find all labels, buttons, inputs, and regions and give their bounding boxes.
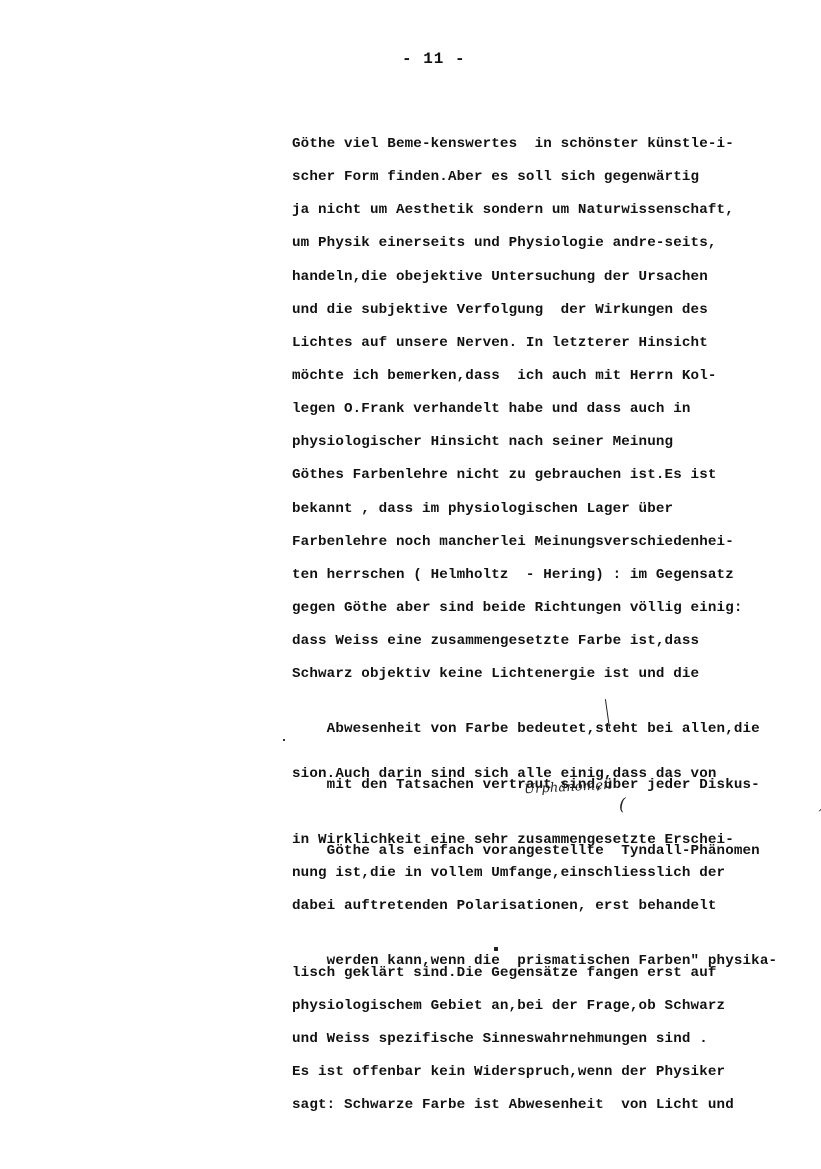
- text-line: Farbenlehre noch mancherlei Meinungsvers…: [292, 531, 821, 564]
- text-line-with-bullet: werden kann,wenn die prismatischen Farbe…: [292, 928, 821, 961]
- text-line: legen O.Frank verhandelt habe und dass a…: [292, 398, 821, 431]
- text-line: und Weiss spezifische Sinneswahrnehmunge…: [292, 1028, 821, 1061]
- text-line: gegen Göthe aber sind beide Richtungen v…: [292, 597, 821, 630]
- text-line: dabei auftretenden Polarisationen, erst …: [292, 895, 821, 928]
- text-line-with-margin-dot: mit den Tatsachen vertraut sind,über jed…: [292, 730, 821, 763]
- text-line: dass Weiss eine zusammengesetzte Farbe i…: [292, 630, 821, 663]
- margin-dot: [283, 739, 285, 741]
- text-line: lisch geklärt sind.Die Gegensätze fangen…: [292, 962, 821, 995]
- page-number: - 11 -: [402, 50, 466, 68]
- text-line: Göthes Farbenlehre nicht zu gebrauchen i…: [292, 464, 821, 497]
- text-line: ten herrschen ( Helmholtz - Hering) : im…: [292, 564, 821, 597]
- document-body: Göthe viel Beme-kenswertes in schönster …: [292, 133, 821, 1127]
- text-line: handeln,die obejektive Untersuchung der …: [292, 266, 821, 299]
- text-line-annotated: Urphänomen Göthe als einfach vorangestel…: [292, 796, 821, 829]
- handwritten-paren-open: (: [619, 794, 626, 816]
- text-line: Es ist offenbar kein Widerspruch,wenn de…: [292, 1061, 821, 1094]
- text-line: Lichtes auf unsere Nerven. In letzterer …: [292, 332, 821, 365]
- text-line: sagt: Schwarze Farbe ist Abwesenheit von…: [292, 1094, 821, 1127]
- text-line: physiologischem Gebiet an,bei der Frage,…: [292, 995, 821, 1028]
- typed-bullet-mark: [494, 947, 498, 951]
- text-line-with-insert-mark: Abwesenheit von Farbe bedeutet,steht bei…: [292, 696, 821, 729]
- handwritten-annotation-urphaenomen: Urphänomen: [523, 775, 612, 802]
- text-line: bekannt , dass im physiologischen Lager …: [292, 498, 821, 531]
- text-line: Göthe viel Beme-kenswertes in schönster …: [292, 133, 821, 166]
- text-line: Schwarz objektiv keine Lichtenergie ist …: [292, 663, 821, 696]
- text-line: um Physik einerseits und Physiologie and…: [292, 232, 821, 265]
- text-line: physiologischer Hinsicht nach seiner Mei…: [292, 431, 821, 464]
- text-line: in Wirklichkeit eine sehr zusammengesetz…: [292, 829, 821, 862]
- text-line: und die subjektive Verfolgung der Wirkun…: [292, 299, 821, 332]
- text-line: scher Form finden.Aber es soll sich gege…: [292, 166, 821, 199]
- text-line: ja nicht um Aesthetik sondern um Naturwi…: [292, 199, 821, 232]
- text-line: nung ist,die in vollem Umfange,einschlie…: [292, 862, 821, 895]
- text-line: möchte ich bemerken,dass ich auch mit He…: [292, 365, 821, 398]
